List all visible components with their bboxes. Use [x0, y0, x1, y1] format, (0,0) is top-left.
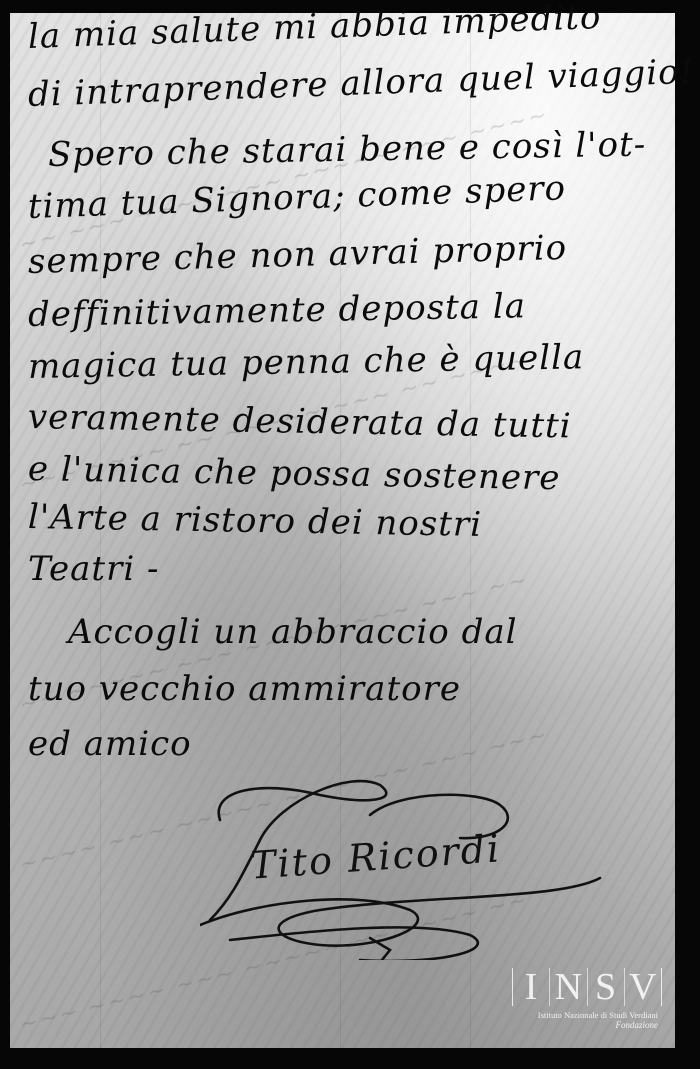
letter-line: ed amico — [28, 727, 192, 761]
letter-line: deffinitivamente deposta la — [28, 289, 527, 332]
institute-subtitle: Fondazione — [512, 1020, 662, 1030]
letter-line: magica tua penna che è quella — [28, 340, 585, 384]
logo-letter: S — [588, 968, 625, 1006]
logo-letter: N — [550, 968, 587, 1006]
institute-name: Istituto Nazionale di Studi Verdiani — [512, 1010, 662, 1020]
letter-line: Spero che starai bene e così l'ot- — [48, 128, 647, 172]
logo-letter: V — [625, 968, 661, 1006]
letter-line: e l'unica che possa sostenere — [28, 452, 561, 495]
letter-line: Teatri - — [28, 552, 160, 586]
letter-line: veramente desiderata da tutti — [28, 400, 572, 443]
logo-letter: I — [513, 968, 550, 1006]
letter-line: Accogli un abbraccio dal — [68, 615, 518, 649]
letter-line: l'Arte a ristoro dei nostri — [28, 500, 483, 542]
letter-line: tuo vecchio ammiratore — [28, 672, 461, 706]
insv-watermark: I N S V Istituto Nazionale di Studi Verd… — [512, 968, 662, 1030]
insv-logo: I N S V — [512, 968, 662, 1006]
